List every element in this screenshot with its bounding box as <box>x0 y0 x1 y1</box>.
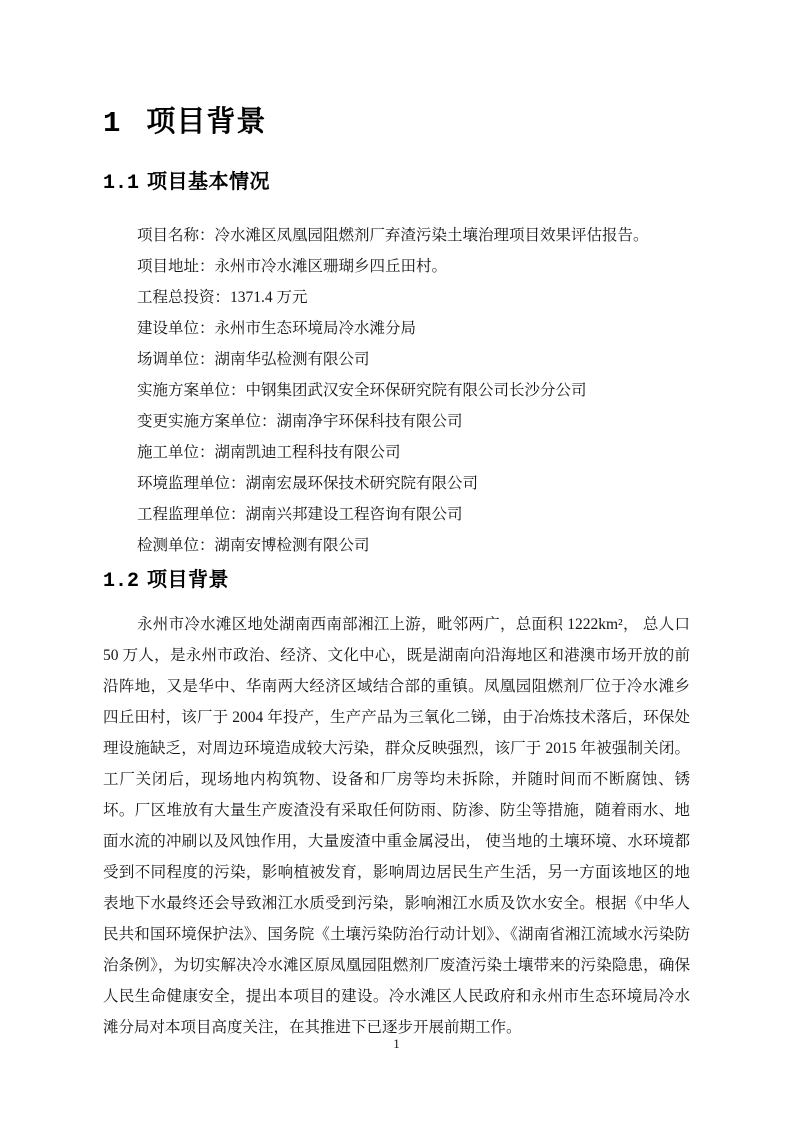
section-1-1-heading: 1.1项目基本情况 <box>103 171 690 195</box>
info-line-survey-unit: 场调单位：湖南华弘检测有限公司 <box>103 344 690 375</box>
info-line-project-address: 项目地址：永州市冷水滩区珊瑚乡四丘田村。 <box>103 251 690 282</box>
chapter-heading: 1项目背景 <box>103 108 690 138</box>
section-1-1-title: 项目基本情况 <box>147 171 270 193</box>
info-line-contractor-unit: 施工单位：湖南凯迪工程科技有限公司 <box>103 437 690 468</box>
info-line-total-investment: 工程总投资：1371.4 万元 <box>103 282 690 313</box>
section-1-2-heading: 1.2项目背景 <box>103 569 690 593</box>
page-number: 1 <box>0 1036 793 1052</box>
chapter-title: 项目背景 <box>146 106 266 138</box>
info-line-testing-unit: 检测单位：湖南安博检测有限公司 <box>103 530 690 561</box>
section-1-1-number: 1.1 <box>103 172 139 195</box>
info-line-env-supervision-unit: 环境监理单位：湖南宏晟环保技术研究院有限公司 <box>103 468 690 499</box>
chapter-number: 1 <box>103 107 120 140</box>
project-info-list: 项目名称：冷水滩区凤凰园阻燃剂厂弃渣污染土壤治理项目效果评估报告。 项目地址：永… <box>103 220 690 561</box>
document-page: 1项目背景 1.1项目基本情况 项目名称：冷水滩区凤凰园阻燃剂厂弃渣污染土壤治理… <box>0 0 793 1122</box>
info-line-implementation-plan-unit: 实施方案单位：中钢集团武汉安全环保研究院有限公司长沙分公司 <box>103 375 690 406</box>
info-line-project-name: 项目名称：冷水滩区凤凰园阻燃剂厂弃渣污染土壤治理项目效果评估报告。 <box>103 220 690 251</box>
section-1-2-number: 1.2 <box>103 570 139 593</box>
background-paragraph: 永州市冷水滩区地处湖南西南部湘江上游，毗邻两广，总面积 1222km²， 总人口… <box>103 609 690 1043</box>
info-line-construction-unit: 建设单位：永州市生态环境局冷水滩分局 <box>103 313 690 344</box>
info-line-revised-plan-unit: 变更实施方案单位：湖南净宇环保科技有限公司 <box>103 406 690 437</box>
info-line-project-supervision-unit: 工程监理单位：湖南兴邦建设工程咨询有限公司 <box>103 499 690 530</box>
section-1-2-title: 项目背景 <box>147 569 229 591</box>
